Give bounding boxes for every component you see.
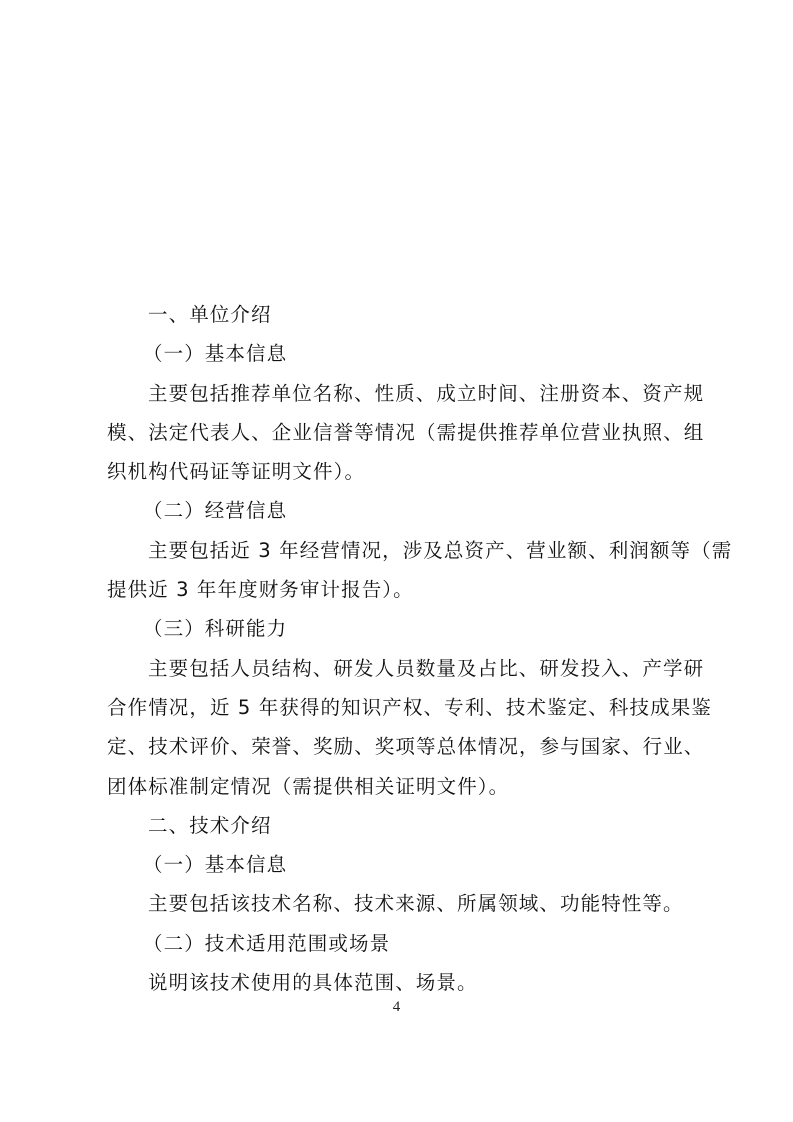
paragraph-line: 说明该技术使用的具体范围、场景。: [107, 963, 687, 1002]
paragraph-line: 织机构代码证等证明文件）。: [107, 452, 687, 491]
paragraph-line: 团体标准制定情况（需提供相关证明文件）。: [107, 767, 687, 806]
paragraph-line: 主要包括近 3 年经营情况，涉及总资产、营业额、利润额等（需: [107, 531, 687, 570]
subsection-heading-business-info: （二）经营信息: [107, 491, 687, 530]
subsection-heading-basic-info: （一）基本信息: [107, 334, 687, 373]
subsection-heading-tech-basic-info: （一）基本信息: [107, 845, 687, 884]
paragraph-line: 提供近 3 年年度财务审计报告）。: [107, 570, 687, 609]
subsection-heading-research-capability: （三）科研能力: [107, 609, 687, 648]
paragraph-line: 主要包括该技术名称、技术来源、所属领域、功能特性等。: [107, 884, 687, 923]
subsection-heading-tech-scope: （二）技术适用范围或场景: [107, 924, 687, 963]
paragraph-line: 主要包括推荐单位名称、性质、成立时间、注册资本、资产规: [107, 374, 687, 413]
section-heading-tech-intro: 二、技术介绍: [107, 806, 687, 845]
paragraph-line: 主要包括人员结构、研发人员数量及占比、研发投入、产学研: [107, 649, 687, 688]
paragraph-line: 模、法定代表人、企业信誉等情况（需提供推荐单位营业执照、组: [107, 413, 687, 452]
page-number: 4: [0, 999, 793, 1016]
document-page: 一、单位介绍 （一）基本信息 主要包括推荐单位名称、性质、成立时间、注册资本、资…: [0, 0, 793, 1122]
paragraph-line: 定、技术评价、荣誉、奖励、奖项等总体情况，参与国家、行业、: [107, 727, 687, 766]
paragraph-line: 合作情况，近 5 年获得的知识产权、专利、技术鉴定、科技成果鉴: [107, 688, 687, 727]
section-heading-unit-intro: 一、单位介绍: [107, 295, 687, 334]
document-body: 一、单位介绍 （一）基本信息 主要包括推荐单位名称、性质、成立时间、注册资本、资…: [107, 295, 687, 1002]
